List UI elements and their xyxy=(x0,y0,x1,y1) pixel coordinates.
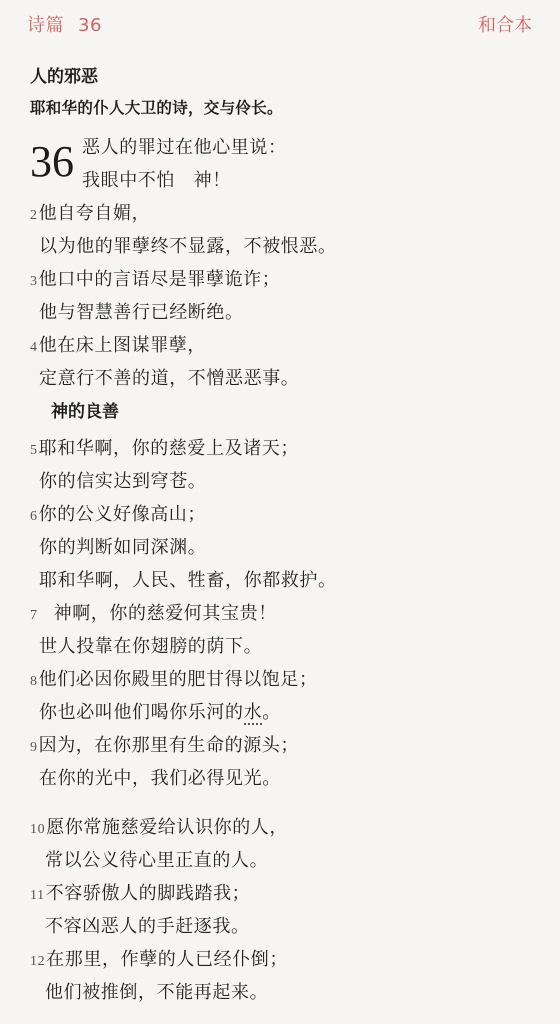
psalm-superscription: 耶和华的仆人大卫的诗，交与伶长。 xyxy=(30,96,283,118)
chapter-label: 36 xyxy=(78,15,102,36)
verse-line[interactable]: 在你的光中，我们必得见光。 xyxy=(39,764,281,790)
verse-line[interactable]: 4他在床上图谋罪孽， xyxy=(30,331,206,357)
verse-number: 2 xyxy=(30,208,38,223)
verse-text: 不容骄傲人的脚践踏我； xyxy=(46,883,251,904)
verse-number: 7 xyxy=(30,608,38,623)
verse-text: 你也必叫他们喝你乐河的 xyxy=(39,702,244,723)
verse-text: 你的公义好像高山； xyxy=(39,504,206,525)
verse-text: 不容凶恶人的手赶逐我。 xyxy=(45,916,250,937)
verse-line[interactable]: 不容凶恶人的手赶逐我。 xyxy=(45,912,250,938)
verse-line[interactable]: 7神啊，你的慈爱何其宝贵！ xyxy=(30,599,277,625)
verse-line[interactable]: 以为他的罪孽终不显露，不被恨恶。 xyxy=(39,232,337,258)
verse-number: 8 xyxy=(30,674,38,689)
verse-text: 你的判断如同深渊。 xyxy=(39,537,206,558)
verse-number: 12 xyxy=(30,954,45,969)
verse-line[interactable]: 8他们必因你殿里的肥甘得以饱足； xyxy=(30,665,318,691)
verse-line[interactable]: 11不容骄傲人的脚践踏我； xyxy=(30,879,250,905)
version-selector[interactable]: 和合本 xyxy=(478,11,532,37)
verse-text: 神啊，你的慈爱何其宝贵！ xyxy=(54,603,277,624)
verse-number: 10 xyxy=(30,822,45,837)
verse-line[interactable]: 恶人的罪过在他心里说： xyxy=(82,133,287,159)
verse-line[interactable]: 世人投靠在你翅膀的荫下。 xyxy=(39,632,262,658)
verse-text: 以为他的罪孽终不显露，不被恨恶。 xyxy=(39,236,337,257)
section-title: 人的邪恶 xyxy=(30,62,98,87)
verse-text: 世人投靠在你翅膀的荫下。 xyxy=(39,636,262,657)
verse-text: 他们被推倒，不能再起来。 xyxy=(45,982,268,1003)
footnote-marked-word[interactable]: 水 xyxy=(244,702,263,725)
verse-number: 6 xyxy=(30,509,38,524)
verse-number: 3 xyxy=(30,274,38,289)
book-chapter-selector[interactable]: 诗篇36 xyxy=(27,11,102,37)
verse-number: 11 xyxy=(30,888,45,903)
verse-text: 耶和华啊，你的慈爱上及诸天； xyxy=(39,438,299,459)
verse-line[interactable]: 5耶和华啊，你的慈爱上及诸天； xyxy=(30,434,299,460)
verse-text: 他与智慧善行已经断绝。 xyxy=(39,302,244,323)
verse-line[interactable]: 你也必叫他们喝你乐河的水。 xyxy=(39,698,281,724)
verse-number: 9 xyxy=(30,740,38,755)
verse-line[interactable]: 他与智慧善行已经断绝。 xyxy=(39,298,244,324)
verse-text: 在你的光中，我们必得见光。 xyxy=(39,768,281,789)
header-bar: 诗篇36 和合本 xyxy=(0,0,560,46)
verse-text: 我眼中不怕 神！ xyxy=(82,170,231,191)
verse-line[interactable]: 我眼中不怕 神！ xyxy=(82,166,231,192)
verse-number: 4 xyxy=(30,340,38,355)
verse-text: 他们必因你殿里的肥甘得以饱足； xyxy=(39,669,318,690)
verse-line[interactable]: 定意行不善的道，不憎恶恶事。 xyxy=(39,364,299,390)
verse-text: 你的信实达到穹苍。 xyxy=(39,471,206,492)
verse-line[interactable]: 他们被推倒，不能再起来。 xyxy=(45,978,268,1004)
verse-line[interactable]: 2他自夸自媚， xyxy=(30,199,150,225)
book-name: 诗篇 xyxy=(27,15,64,36)
verse-text: 因为，在你那里有生命的源头； xyxy=(39,735,299,756)
verse-line[interactable]: 6你的公义好像高山； xyxy=(30,500,206,526)
verse-line[interactable]: 3他口中的言语尽是罪孽诡诈； xyxy=(30,265,280,291)
verse-number: 5 xyxy=(30,443,38,458)
verse-text: 在那里，作孽的人已经仆倒； xyxy=(46,949,288,970)
verse-text: 他在床上图谋罪孽， xyxy=(39,335,206,356)
verse-line[interactable]: 耶和华啊，人民、牲畜，你都救护。 xyxy=(39,566,337,592)
verse-line[interactable]: 常以公义待心里正直的人。 xyxy=(45,846,268,872)
verse-text: 愿你常施慈爱给认识你的人， xyxy=(46,817,288,838)
verse-text: 定意行不善的道，不憎恶恶事。 xyxy=(39,368,299,389)
verse-line[interactable]: 你的信实达到穹苍。 xyxy=(39,467,206,493)
verse-text: 耶和华啊，人民、牲畜，你都救护。 xyxy=(39,570,337,591)
verse-line[interactable]: 10愿你常施慈爱给认识你的人， xyxy=(30,813,288,839)
verse-text: 。 xyxy=(262,702,281,723)
verse-text: 常以公义待心里正直的人。 xyxy=(45,850,268,871)
verse-text: 他口中的言语尽是罪孽诡诈； xyxy=(39,269,281,290)
verse-text: 恶人的罪过在他心里说： xyxy=(82,137,287,158)
verse-line[interactable]: 9因为，在你那里有生命的源头； xyxy=(30,731,299,757)
verse-line[interactable]: 12在那里，作孽的人已经仆倒； xyxy=(30,945,288,971)
sub-heading: 神的良善 xyxy=(51,397,119,422)
verse-text: 他自夸自媚， xyxy=(39,203,151,224)
chapter-number: 36 xyxy=(30,138,74,186)
verse-line[interactable]: 你的判断如同深渊。 xyxy=(39,533,206,559)
